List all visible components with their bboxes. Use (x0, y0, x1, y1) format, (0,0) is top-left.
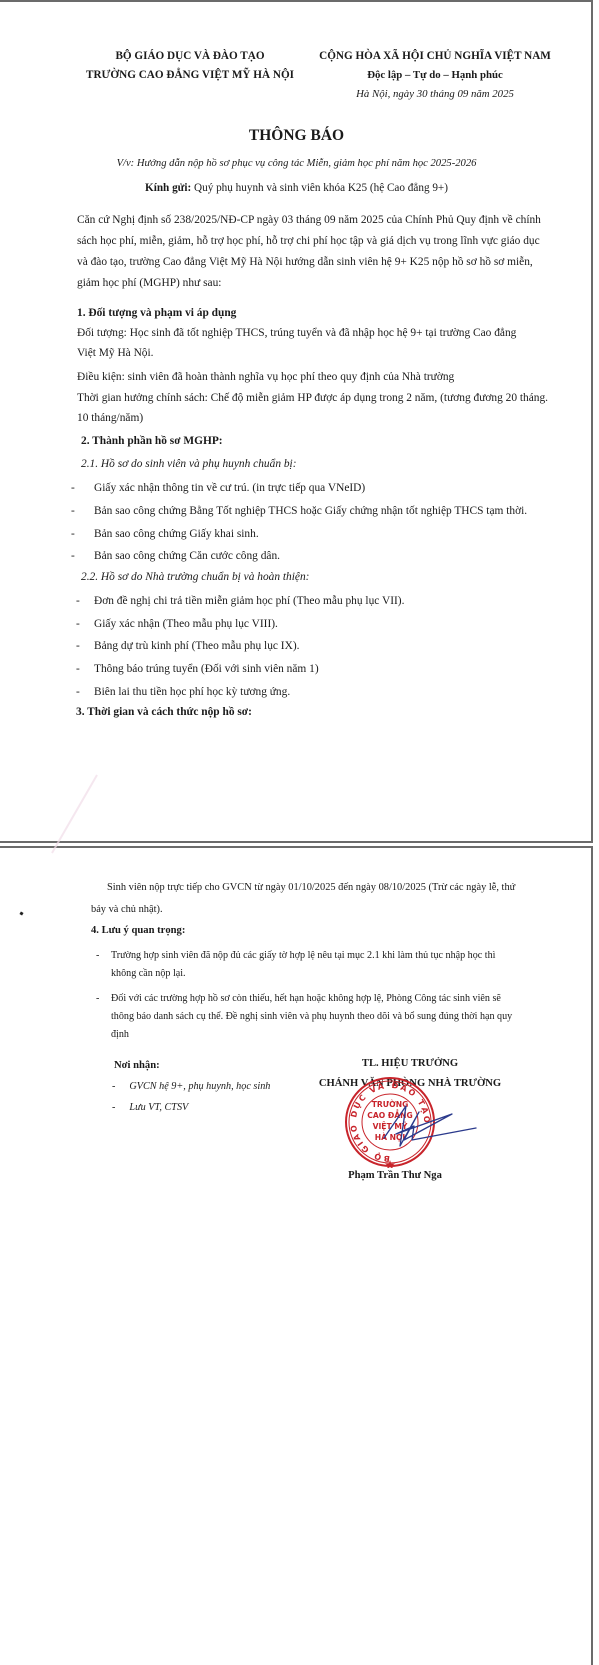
intro-line: sách học phí, miễn, giảm, hỗ trợ học phí… (77, 231, 540, 252)
section-1-line: 10 tháng/năm) (77, 408, 143, 429)
scan-mark (19, 911, 23, 915)
svg-text:TRƯỜNG: TRƯỜNG (372, 1100, 409, 1109)
section-1-line: Đối tượng: Học sinh đã tốt nghiệp THCS, … (77, 323, 516, 344)
national-motto: Độc lập – Tự do – Hạnh phúc (300, 65, 570, 85)
section-3-line: bảy và chủ nhật). (91, 904, 163, 915)
document-title: THÔNG BÁO (0, 127, 593, 145)
section-2-2-heading: 2.2. Hồ sơ do Nhà trường chuẩn bị và hoà… (81, 567, 309, 588)
section-1-line: Việt Mỹ Hà Nội. (77, 343, 154, 364)
intro-line: giảm học phí (MGHP) như sau: (77, 273, 221, 294)
stamp-signature-icon: BỘ GIÁO DỤC VÀ ĐÀO TẠO TRƯỜNG CAO ĐẲNG V… (344, 1076, 484, 1168)
section-3-line: Sinh viên nộp trực tiếp cho GVCN từ ngày… (107, 882, 515, 893)
ministry-name: BỘ GIÁO DỤC VÀ ĐÀO TẠO (90, 46, 290, 66)
section-1-heading: 1. Đối tượng và phạm vi áp dụng (77, 303, 236, 324)
school-name: TRƯỜNG CAO ĐẲNG VIỆT MỸ HÀ NỘI (70, 65, 310, 85)
document-subject: V/v: Hướng dẫn nộp hồ sơ phục vụ công tá… (0, 158, 593, 169)
section-3-heading: 3. Thời gian và cách thức nộp hồ sơ: (76, 702, 252, 723)
section-1-line: Điều kiện: sinh viên đã hoàn thành nghĩa… (77, 367, 454, 388)
document-page-1: BỘ GIÁO DỤC VÀ ĐÀO TẠO TRƯỜNG CAO ĐẲNG V… (0, 0, 593, 843)
section-2-heading: 2. Thành phần hồ sơ MGHP: (81, 431, 223, 452)
addressee-label: Kính gửi: (145, 182, 191, 194)
section-1-line: Thời gian hưởng chính sách: Chế độ miễn … (77, 388, 548, 409)
signature-title: TL. HIỆU TRƯỞNG (310, 1058, 510, 1069)
intro-line: và đào tạo, trường Cao đẳng Việt Mỹ Hà N… (77, 252, 533, 273)
issue-date: Hà Nội, ngày 30 tháng 09 năm 2025 (300, 84, 570, 104)
addressee: Kính gửi: Quý phụ huynh và sinh viên khó… (0, 182, 593, 194)
section-2-1-heading: 2.1. Hồ sơ do sinh viên và phụ huynh chu… (81, 454, 297, 475)
intro-line: Căn cứ Nghị định số 238/2025/NĐ-CP ngày … (77, 210, 541, 231)
addressee-text: Quý phụ huynh và sinh viên khóa K25 (hệ … (191, 182, 448, 194)
svg-text:CAO ĐẲNG: CAO ĐẲNG (367, 1110, 412, 1120)
recipient-item: -GVCN hệ 9+, phụ huynh, học sinh (112, 1081, 270, 1092)
document-page-2: Sinh viên nộp trực tiếp cho GVCN từ ngày… (0, 846, 593, 1665)
recipients-label: Nơi nhận: (114, 1060, 160, 1071)
official-stamp: BỘ GIÁO DỤC VÀ ĐÀO TẠO TRƯỜNG CAO ĐẲNG V… (344, 1076, 436, 1168)
national-title: CỘNG HÒA XÃ HỘI CHỦ NGHĨA VIỆT NAM (300, 46, 570, 66)
section-4-heading: 4. Lưu ý quan trọng: (91, 925, 185, 936)
signer-name: Phạm Trần Thư Nga (320, 1170, 470, 1181)
recipient-item: -Lưu VT, CTSV (112, 1102, 188, 1113)
